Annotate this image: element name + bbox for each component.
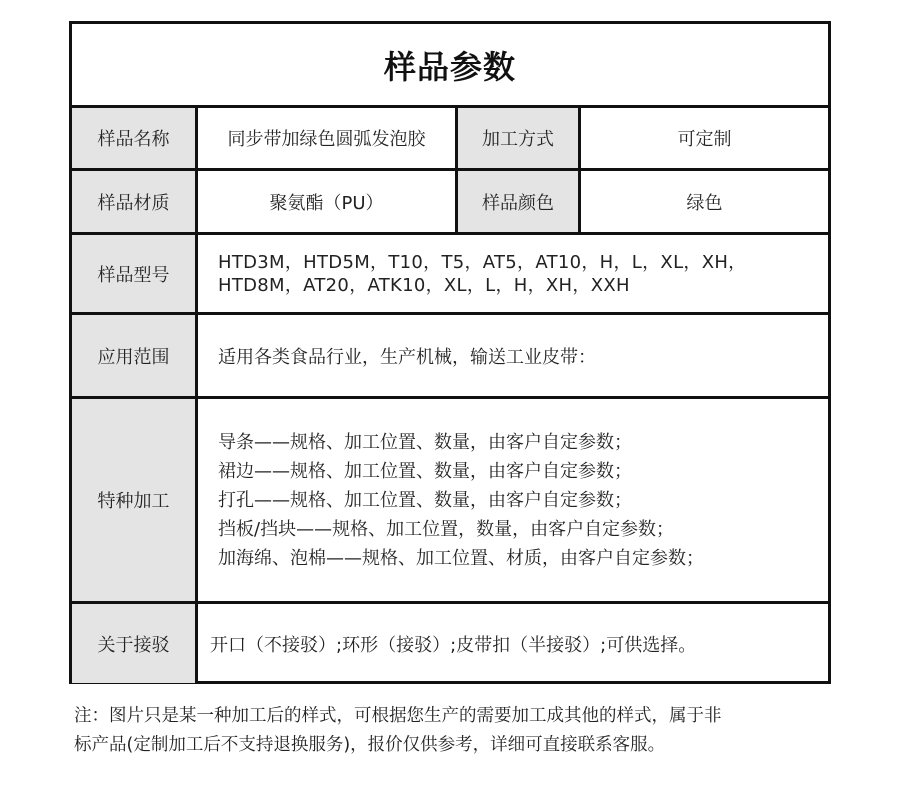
title-row: 样品参数	[72, 24, 828, 108]
special-line: 加海绵、泡棉——规格、加工位置、材质，由客户自定参数；	[218, 544, 704, 573]
label-application-scope: 应用范围	[72, 315, 198, 396]
sample-parameters-table: 样品参数 样品名称 同步带加绿色圆弧发泡胶 加工方式 可定制 样品材质 聚氨酯（…	[69, 21, 831, 684]
label-sample-material: 样品材质	[72, 171, 198, 232]
table-row-name-process: 样品名称 同步带加绿色圆弧发泡胶 加工方式 可定制	[72, 108, 828, 171]
special-line: 裙边——规格、加工位置、数量，由客户自定参数；	[218, 457, 632, 486]
label-joint: 关于接驳	[72, 604, 198, 683]
special-line: 挡板/挡块——规格、加工位置，数量，由客户自定参数；	[218, 515, 674, 544]
label-sample-name: 样品名称	[72, 108, 198, 168]
table-row-special-processing: 特种加工 导条——规格、加工位置、数量，由客户自定参数； 裙边——规格、加工位置…	[72, 399, 828, 604]
table-title: 样品参数	[72, 24, 828, 105]
value-special-processing: 导条——规格、加工位置、数量，由客户自定参数； 裙边——规格、加工位置、数量，由…	[198, 399, 828, 601]
table-row-material-color: 样品材质 聚氨酯（PU） 样品颜色 绿色	[72, 171, 828, 235]
value-sample-model: HTD3M，HTD5M，T10，T5，AT5，AT10，H，L，XL，XH， H…	[198, 235, 828, 312]
footnote-line: 标产品(定制加工后不支持退换服务)，报价仅供参考，详细可直接联系客服。	[74, 731, 834, 760]
footnote: 注：图片只是某一种加工后的样式，可根据您生产的需要加工成其他的样式，属于非 标产…	[74, 702, 834, 760]
label-special-processing: 特种加工	[72, 399, 198, 601]
label-process-method: 加工方式	[455, 108, 581, 168]
footnote-line: 注：图片只是某一种加工后的样式，可根据您生产的需要加工成其他的样式，属于非	[74, 702, 834, 731]
table-row-application: 应用范围 适用各类食品行业，生产机械，输送工业皮带：	[72, 315, 828, 399]
special-line: 打孔——规格、加工位置、数量，由客户自定参数；	[218, 486, 632, 515]
special-line: 导条——规格、加工位置、数量，由客户自定参数；	[218, 428, 632, 457]
label-sample-color: 样品颜色	[455, 171, 581, 232]
value-sample-name: 同步带加绿色圆弧发泡胶	[198, 108, 455, 168]
value-sample-material: 聚氨酯（PU）	[198, 171, 455, 232]
value-process-method: 可定制	[581, 108, 828, 168]
label-sample-model: 样品型号	[72, 235, 198, 312]
model-line: HTD3M，HTD5M，T10，T5，AT5，AT10，H，L，XL，XH，	[218, 251, 746, 274]
value-application-scope: 适用各类食品行业，生产机械，输送工业皮带：	[198, 315, 828, 396]
model-line: HTD8M，AT20，ATK10，XL，L，H，XH，XXH	[218, 274, 630, 297]
table-row-joint: 关于接驳 开口（不接驳）;环形（接驳）;皮带扣（半接驳）;可供选择。	[72, 604, 828, 683]
table-row-model: 样品型号 HTD3M，HTD5M，T10，T5，AT5，AT10，H，L，XL，…	[72, 235, 828, 315]
value-joint: 开口（不接驳）;环形（接驳）;皮带扣（半接驳）;可供选择。	[198, 604, 828, 683]
value-sample-color: 绿色	[581, 171, 828, 232]
